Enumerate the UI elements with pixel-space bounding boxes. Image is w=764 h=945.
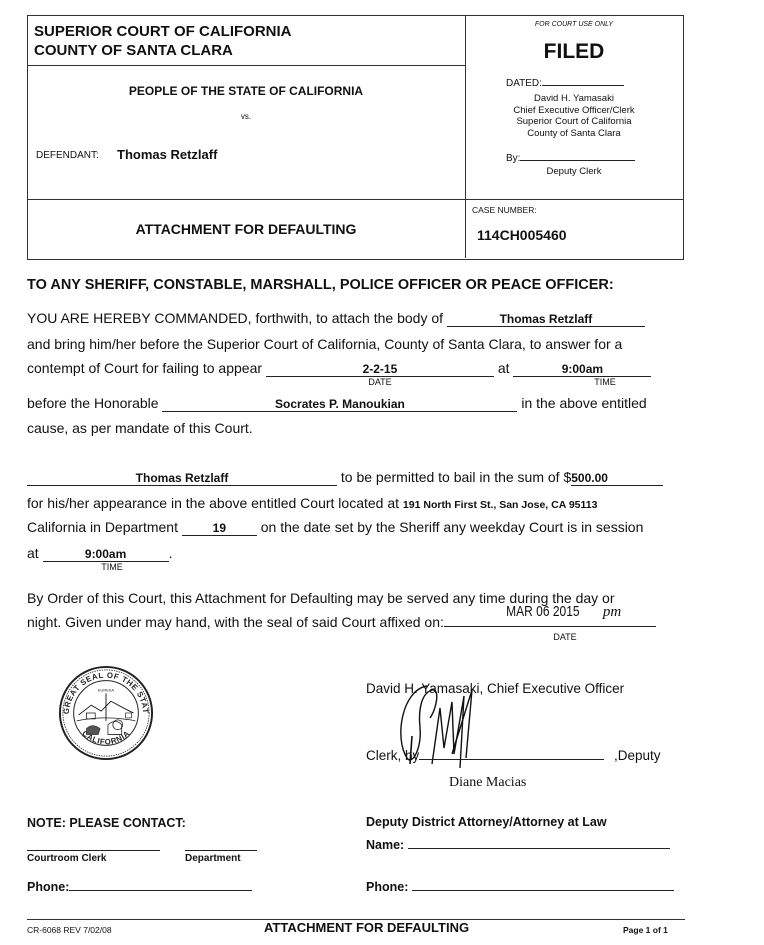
phone-blank xyxy=(412,890,674,891)
dated-blank xyxy=(542,85,624,86)
form-title: ATTACHMENT FOR DEFAULTING xyxy=(27,221,465,237)
deputy-label: ,Deputy xyxy=(614,748,661,763)
deputy-clerk-label: Deputy Clerk xyxy=(466,166,682,177)
time-caption: TIME xyxy=(585,377,625,387)
appear-date-field: 2-2-15 xyxy=(266,362,494,377)
mandate-line: cause, as per mandate of this Court. xyxy=(27,420,253,436)
page-number: Page 1 of 1 xyxy=(623,925,668,935)
attach-name-field: Thomas Retzlaff xyxy=(447,312,645,327)
courtroom-clerk-label: Courtroom Clerk xyxy=(27,853,106,864)
clerk-block: David H. Yamasaki Chief Executive Office… xyxy=(466,93,682,139)
attorney-phone-field: Phone: xyxy=(366,880,674,894)
filed-stamp: FILED xyxy=(466,40,682,64)
caption-divider xyxy=(27,65,465,66)
handwritten-pm: pm xyxy=(603,604,621,620)
attorney-heading: Deputy District Attorney/Attorney at Law xyxy=(366,815,607,829)
court-name-line1: SUPERIOR COURT OF CALIFORNIA xyxy=(34,22,292,41)
filed-date-stamp: MAR 06 2015 pm xyxy=(497,603,621,621)
addressee: TO ANY SHERIFF, CONSTABLE, MARSHALL, POL… xyxy=(27,277,614,293)
court-name-line2: COUNTY OF SANTA CLARA xyxy=(34,41,292,60)
judge-field: Socrates P. Manoukian xyxy=(162,397,517,412)
clerk-line: Superior Court of California xyxy=(466,116,682,128)
department-field: 19 xyxy=(182,521,257,536)
location-text: for his/her appearance in the above enti… xyxy=(27,495,399,511)
name-blank xyxy=(408,848,670,849)
judge-text: before the Honorable xyxy=(27,395,159,411)
phone-label: Phone: xyxy=(27,880,69,894)
bail-name-field: Thomas Retzlaff xyxy=(27,471,337,486)
court-use-label: FOR COURT USE ONLY xyxy=(466,21,682,28)
clerk-by-line: Clerk, by xyxy=(366,748,604,763)
by-label: By: xyxy=(506,153,520,164)
appear-text: contempt of Court for failing to appear xyxy=(27,360,262,376)
at-label: at xyxy=(498,360,510,376)
clerk-line: Chief Executive Officer/Clerk xyxy=(466,105,682,117)
clerk-line: County of Santa Clara xyxy=(466,128,682,140)
bail-amount-field: 500.00 xyxy=(571,471,663,486)
dated-field: DATED: xyxy=(506,78,624,89)
bail-line: Thomas Retzlaff to be permitted to bail … xyxy=(27,469,663,486)
department-label: Department xyxy=(185,853,241,864)
versus: vs. xyxy=(27,112,465,121)
date-caption: DATE xyxy=(360,377,400,387)
department-text: California in Department xyxy=(27,519,178,535)
name-label: Name: xyxy=(366,838,404,852)
session-period: . xyxy=(169,545,173,561)
defendant-name: Thomas Retzlaff xyxy=(117,147,217,162)
court-name: SUPERIOR COURT OF CALIFORNIA COUNTY OF S… xyxy=(34,22,292,60)
bring-line: and bring him/her before the Superior Co… xyxy=(27,336,622,352)
command-line: YOU ARE HEREBY COMMANDED, forthwith, to … xyxy=(27,310,645,327)
appear-line: contempt of Court for failing to appear … xyxy=(27,360,651,377)
session-line: at 9:00am. xyxy=(27,545,172,562)
court-address: 191 North First St., San Jose, CA 95113 xyxy=(403,499,598,511)
department-line: California in Department 19 on the date … xyxy=(27,519,643,536)
bail-text: to be permitted to bail in the sum of $ xyxy=(341,469,571,485)
clerk-by-label: Clerk, by xyxy=(366,748,419,763)
defendant-label: DEFENDANT: xyxy=(36,150,99,161)
appear-time-field: 9:00am xyxy=(513,362,651,377)
affixed-text: night. Given under may hand, with the se… xyxy=(27,614,444,630)
session-time-field: 9:00am xyxy=(43,547,169,562)
case-number: 114CH005460 xyxy=(477,227,567,243)
form-number: CR-6068 REV 7/02/08 xyxy=(27,925,112,935)
by-blank xyxy=(520,160,635,161)
plaintiff: PEOPLE OF THE STATE OF CALIFORNIA xyxy=(27,84,465,98)
caption-divider xyxy=(27,199,683,200)
time-caption: TIME xyxy=(92,562,132,572)
signature-blank xyxy=(419,759,604,760)
affixed-date-field xyxy=(444,626,656,627)
signer-name: Diane Macias xyxy=(449,775,526,791)
date-caption: DATE xyxy=(545,632,585,642)
state-seal-icon: THE GREAT SEAL OF THE STATE OF CALIFORNI… xyxy=(57,664,155,762)
location-line: for his/her appearance in the above enti… xyxy=(27,495,597,511)
phone-label: Phone: xyxy=(366,880,408,894)
case-number-label: CASE NUMBER: xyxy=(472,205,537,215)
dated-label: DATED: xyxy=(506,78,542,89)
contact-note: NOTE: PLEASE CONTACT: xyxy=(27,816,186,830)
judge-suffix: in the above entitled xyxy=(521,395,646,411)
footer-title: ATTACHMENT FOR DEFAULTING xyxy=(264,920,469,935)
svg-text:EUREKA: EUREKA xyxy=(98,687,114,692)
command-text: YOU ARE HEREBY COMMANDED, forthwith, to … xyxy=(27,310,443,326)
by-field: By: xyxy=(506,153,635,164)
clerk-phone-field: Phone: xyxy=(27,880,252,894)
session-at: at xyxy=(27,545,39,561)
attorney-name-field: Name: xyxy=(366,838,670,852)
department-blank xyxy=(185,850,257,851)
judge-line: before the Honorable Socrates P. Manouki… xyxy=(27,395,647,412)
clerk-line: David H. Yamasaki xyxy=(466,93,682,105)
department-suffix: on the date set by the Sheriff any weekd… xyxy=(261,519,644,535)
phone-blank xyxy=(69,890,252,891)
stamp-date: MAR 06 2015 xyxy=(506,603,579,620)
courtroom-clerk-blank xyxy=(27,850,160,851)
